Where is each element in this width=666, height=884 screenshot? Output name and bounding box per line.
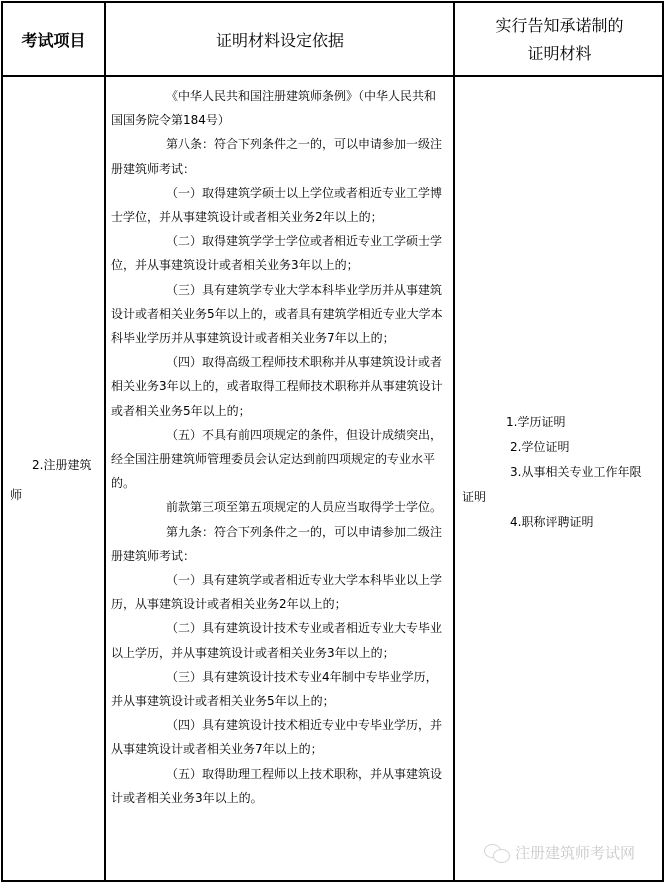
basis-line: 《中华人民共和国注册建筑师条例》（中华人民共和 bbox=[111, 84, 447, 108]
basis-paragraph: 前款第三项至第五项规定的人员应当取得学士学位。 bbox=[111, 495, 447, 519]
basis-paragraph: （三）具有建筑设计技术专业4年制中专毕业学历，并从事建筑设计或者相关业务5年以上… bbox=[111, 665, 447, 713]
basis-line: （五）取得助理工程师以上技术职称，并从事建筑设 bbox=[111, 762, 447, 786]
basis-line: （二）具有建筑设计技术专业或者相近专业大专毕业 bbox=[111, 616, 447, 640]
watermark-text: 注册建筑师考试网 bbox=[515, 842, 635, 863]
basis-line: 的。 bbox=[111, 471, 447, 495]
header-exam-item: 考试项目 bbox=[3, 3, 104, 76]
header-label: 考试项目 bbox=[21, 28, 85, 51]
watermark: 注册建筑师考试网 bbox=[484, 842, 635, 863]
basis-line: 计或者相关业务3年以上的。 bbox=[111, 786, 447, 810]
basis-line: （一）取得建筑学硕士以上学位或者相近专业工学博 bbox=[111, 181, 447, 205]
basis-line: 历，从事建筑设计或者相关业务2年以上的； bbox=[111, 592, 447, 616]
basis-line: 第八条：符合下列条件之一的，可以申请参加一级注 bbox=[111, 132, 447, 156]
basis-paragraph: （五）不具有前四项规定的条件，但设计成绩突出，经全国注册建筑师管理委员会认定达到… bbox=[111, 423, 447, 496]
basis-paragraph: （一）取得建筑学硕士以上学位或者相近专业工学博士学位，并从事建筑设计或者相关业务… bbox=[111, 181, 447, 229]
basis-line: （三）具有建筑学专业大学本科毕业学历并从事建筑 bbox=[111, 278, 447, 302]
basis-paragraph: （二）具有建筑设计技术专业或者相近专业大专毕业以上学历，并从事建筑设计或者相关业… bbox=[111, 616, 447, 664]
basis-paragraph: （一）具有建筑学或者相近专业大学本科毕业以上学历，从事建筑设计或者相关业务2年以… bbox=[111, 568, 447, 616]
material-item: 1.学历证明 bbox=[462, 410, 657, 435]
basis-line: 士学位，并从事建筑设计或者相关业务2年以上的； bbox=[111, 205, 447, 229]
basis-line: 前款第三项至第五项规定的人员应当取得学士学位。 bbox=[111, 495, 447, 519]
wechat-icon bbox=[484, 843, 510, 863]
basis-line: 册建筑师考试： bbox=[111, 544, 447, 568]
column-divider bbox=[453, 3, 455, 880]
basis-line: 并从事建筑设计或者相关业务5年以上的； bbox=[111, 689, 447, 713]
basis-line: 相关业务3年以上的，或者取得工程师技术职称并从事建筑设计 bbox=[111, 374, 447, 398]
header-label-line2: 证明材料 bbox=[495, 40, 623, 68]
material-item: 4.职称评聘证明 bbox=[462, 510, 657, 535]
header-label-line1: 实行告知承诺制的 bbox=[495, 12, 623, 40]
basis-paragraph: （二）取得建筑学学士学位或者相近专业工学硕士学位，并从事建筑设计或者相关业务3年… bbox=[111, 229, 447, 277]
material-item: 证明 bbox=[462, 485, 657, 510]
basis-paragraph: （四）具有建筑设计技术相近专业中专毕业学历，并从事建筑设计或者相关业务7年以上的… bbox=[111, 713, 447, 761]
basis-paragraph: （五）取得助理工程师以上技术职称，并从事建筑设计或者相关业务3年以上的。 bbox=[111, 762, 447, 810]
basis-paragraph: （四）取得高级工程师技术职称并从事建筑设计或者相关业务3年以上的，或者取得工程师… bbox=[111, 350, 447, 423]
basis-line: 国国务院令第184号） bbox=[111, 108, 447, 132]
materials-cell: 1.学历证明 2.学位证明 3.从事相关专业工作年限 证明 4.职称评聘证明 bbox=[462, 410, 657, 535]
basis-line: （一）具有建筑学或者相近专业大学本科毕业以上学 bbox=[111, 568, 447, 592]
basis-line: 位，并从事建筑设计或者相关业务3年以上的； bbox=[111, 253, 447, 277]
header-label: 证明材料设定依据 bbox=[216, 28, 344, 51]
basis-line: （四）取得高级工程师技术职称并从事建筑设计或者 bbox=[111, 350, 447, 374]
column-divider bbox=[104, 3, 106, 880]
basis-line: 经全国注册建筑师管理委员会认定达到前四项规定的专业水平 bbox=[111, 447, 447, 471]
exam-item-line: 2.注册建筑 bbox=[10, 450, 94, 480]
exam-item-cell: 2.注册建筑 师 bbox=[10, 450, 94, 510]
basis-line: （四）具有建筑设计技术相近专业中专毕业学历，并 bbox=[111, 713, 447, 737]
header-materials: 实行告知承诺制的 证明材料 bbox=[455, 3, 664, 76]
basis-line: 或者相关业务5年以上的； bbox=[111, 399, 447, 423]
exam-item-line: 师 bbox=[10, 480, 94, 510]
basis-line: 以上学历，并从事建筑设计或者相关业务3年以上的； bbox=[111, 641, 447, 665]
basis-paragraph: 第八条：符合下列条件之一的，可以申请参加一级注册建筑师考试： bbox=[111, 132, 447, 180]
basis-paragraph: （三）具有建筑学专业大学本科毕业学历并从事建筑设计或者相关业务5年以上的，或者具… bbox=[111, 278, 447, 351]
header-basis: 证明材料设定依据 bbox=[106, 3, 454, 76]
basis-cell: 《中华人民共和国注册建筑师条例》（中华人民共和国国务院令第184号）第八条：符合… bbox=[111, 84, 447, 810]
basis-line: 册建筑师考试： bbox=[111, 157, 447, 181]
basis-line: （三）具有建筑设计技术专业4年制中专毕业学历， bbox=[111, 665, 447, 689]
material-item: 2.学位证明 bbox=[462, 435, 657, 460]
basis-line: （五）不具有前四项规定的条件，但设计成绩突出， bbox=[111, 423, 447, 447]
basis-line: 设计或者相关业务5年以上的，或者具有建筑学相近专业大学本 bbox=[111, 302, 447, 326]
basis-line: （二）取得建筑学学士学位或者相近专业工学硕士学 bbox=[111, 229, 447, 253]
material-item: 3.从事相关专业工作年限 bbox=[462, 460, 657, 485]
basis-line: 从事建筑设计或者相关业务7年以上的； bbox=[111, 737, 447, 761]
basis-paragraph: 《中华人民共和国注册建筑师条例》（中华人民共和国国务院令第184号） bbox=[111, 84, 447, 132]
basis-line: 科毕业学历并从事建筑设计或者相关业务7年以上的； bbox=[111, 326, 447, 350]
basis-line: 第九条：符合下列条件之一的，可以申请参加二级注 bbox=[111, 520, 447, 544]
basis-paragraph: 第九条：符合下列条件之一的，可以申请参加二级注册建筑师考试： bbox=[111, 520, 447, 568]
